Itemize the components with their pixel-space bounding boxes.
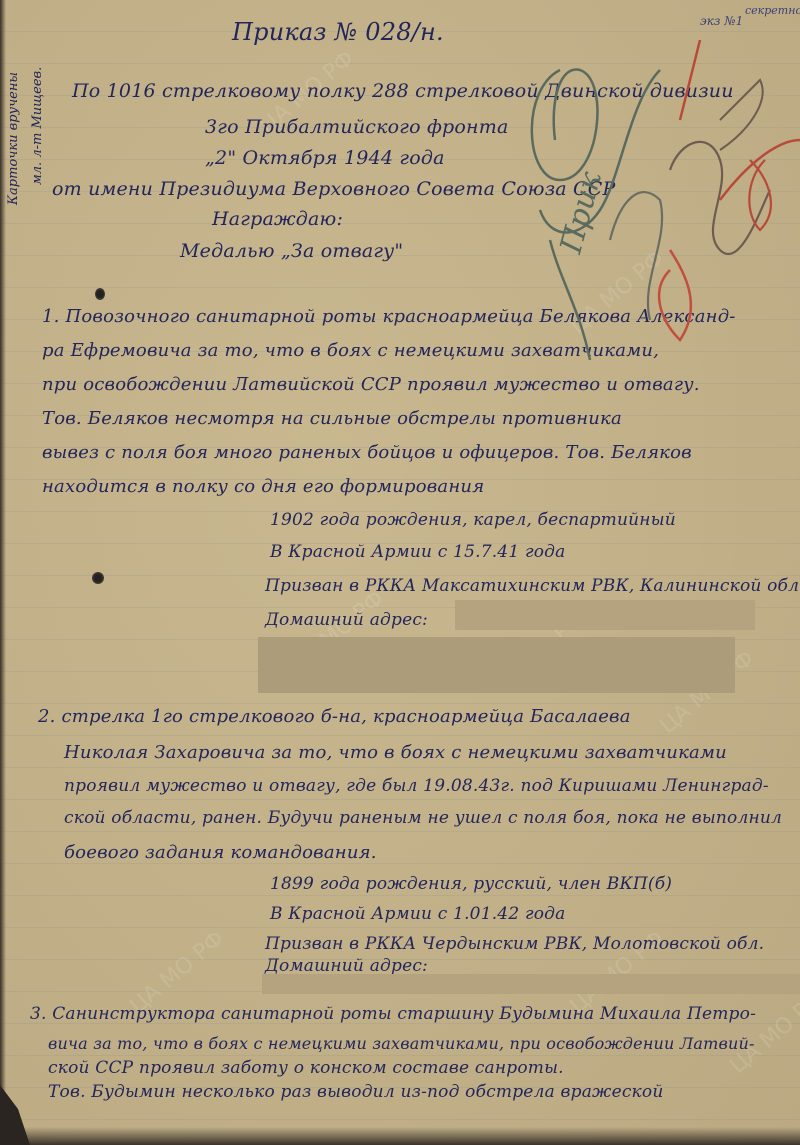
entry-1-line: вывез с поля боя много раненых бойцов и … <box>42 442 692 463</box>
entry-1-line: находится в полку со дня его формировани… <box>42 476 484 497</box>
paper-edge <box>0 1127 800 1145</box>
entry-2-line: проявил мужество и отвагу, где был 19.08… <box>64 776 769 796</box>
torn-corner <box>0 1085 30 1145</box>
corner-note-secret: секретно <box>745 4 800 17</box>
margin-note-line2: мл. л-т Мищеев. <box>30 67 45 185</box>
entry-2-service: В Красной Армии с 1.01.42 года <box>270 904 565 924</box>
entry-2-line: Николая Захаровича за то, что в боях с н… <box>64 742 727 763</box>
entry-3-line: 3. Санинструктора санитарной роты старши… <box>30 1004 756 1024</box>
order-title: Приказ № 028/н. <box>232 18 444 46</box>
entry-2-line: боевого задания командования. <box>64 842 377 863</box>
entry-3-line: ской ССР проявил заботу о конском состав… <box>48 1058 564 1078</box>
paper-edge <box>0 0 6 1145</box>
redacted-address <box>258 637 735 693</box>
header-unit: По 1016 стрелковому полку 288 стрелковой… <box>72 80 734 102</box>
redacted-address <box>455 600 755 630</box>
entry-1-conscription: Призван в РККА Максатихинским РВК, Калин… <box>265 576 800 596</box>
entry-2-birth: 1899 года рождения, русский, член ВКП(б) <box>270 874 672 894</box>
entry-1-line: ра Ефремовича за то, что в боях с немецк… <box>42 340 659 361</box>
punch-hole <box>92 572 104 584</box>
entry-1-birth: 1902 года рождения, карел, беспартийный <box>270 510 676 530</box>
header-date: „2" Октября 1944 года <box>205 147 445 169</box>
corner-note-copy: экз №1 <box>700 14 743 28</box>
document-page: ЦА МО РФ ЦА МО РФ ЦА МО РФ ЦА МО РФ ЦА М… <box>0 0 800 1145</box>
medal-name: Медалью „За отвагу" <box>180 240 403 262</box>
entry-3-line: вича за то, что в боях с немецкими захва… <box>48 1034 755 1053</box>
entry-1-line: при освобождении Латвийской ССР проявил … <box>42 374 700 395</box>
entry-3-line: Тов. Будымин несколько раз выводил из-по… <box>48 1082 663 1102</box>
entry-1-service: В Красной Армии с 15.7.41 года <box>270 542 565 562</box>
entry-1-address-label: Домашний адрес: <box>265 610 428 630</box>
watermark: ЦА МО РФ <box>725 986 800 1079</box>
redacted-address <box>262 974 800 994</box>
header-front: 3го Прибалтийского фронта <box>205 116 509 138</box>
entry-2-line: 2. стрелка 1го стрелкового б-на, красноа… <box>38 706 631 727</box>
entry-1-line: 1. Повозочного санитарной роты красноарм… <box>42 306 736 327</box>
header-authority: от имени Президиума Верховного Совета Со… <box>52 178 616 200</box>
award-verb: Награждаю: <box>212 208 343 230</box>
entry-2-line: ской области, ранен. Будучи раненым не у… <box>64 808 782 828</box>
entry-2-conscription: Призван в РККА Чердынским РВК, Молотовск… <box>265 934 764 954</box>
ink-blot <box>95 288 105 300</box>
entry-1-line: Тов. Беляков несмотря на сильные обстрел… <box>42 408 622 429</box>
entry-2-address-label: Домашний адрес: <box>265 956 428 976</box>
margin-note-line1: Карточки вручены <box>6 72 21 205</box>
